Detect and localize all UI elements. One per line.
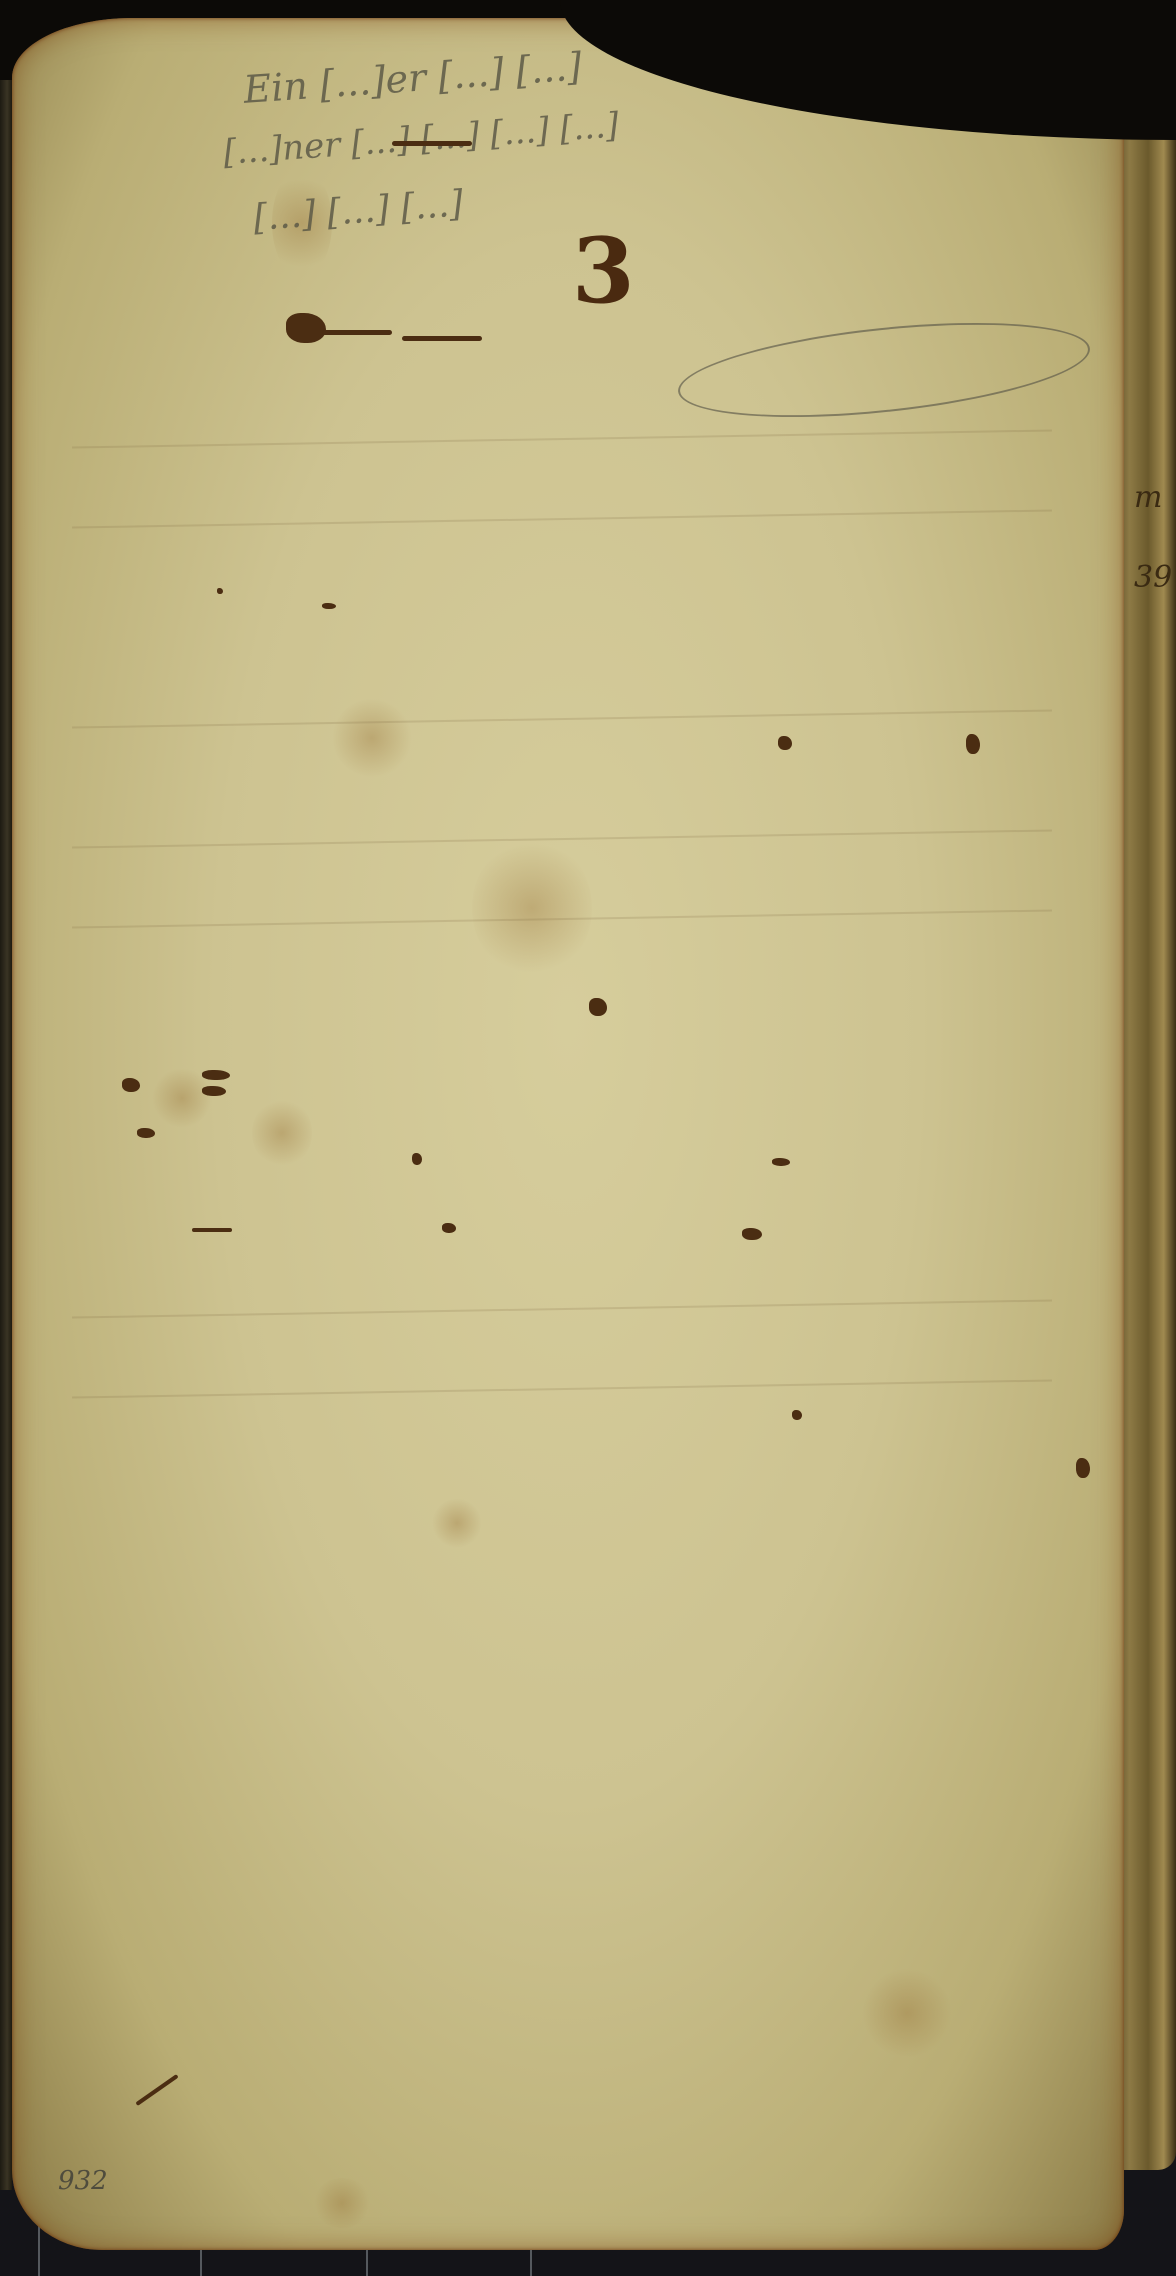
- ink-speck: [202, 1070, 230, 1080]
- pencil-flourish-oval: [674, 307, 1095, 434]
- inscription-line: Ein [...]er [...] [...]: [242, 44, 583, 112]
- folio-number: 932: [58, 2166, 108, 2196]
- bleed-through-line: [72, 509, 1052, 528]
- ink-speck: [137, 1128, 155, 1138]
- ink-speck: [966, 734, 980, 754]
- stain: [312, 2178, 372, 2228]
- ink-blot: [286, 313, 326, 343]
- stain: [332, 698, 412, 778]
- manuscript-page: Ein [...]er [...] [...] [...]ner [...] […: [12, 18, 1124, 2250]
- margin-fragment: 39: [1134, 560, 1172, 595]
- photo-scene: m 39 Ein [...]er [...] [...] [...]ner [.…: [0, 0, 1176, 2276]
- ink-dash: [135, 2074, 178, 2106]
- bleed-through-line: [72, 1379, 1052, 1398]
- inscription-line: [...]ner [...] [...] [...] [...]: [222, 105, 620, 173]
- bleed-through-line: [72, 1299, 1052, 1318]
- stain: [472, 838, 592, 978]
- ink-dash: [322, 330, 392, 335]
- ink-speck: [772, 1158, 790, 1166]
- ink-speck: [442, 1223, 456, 1233]
- bleed-through-line: [72, 429, 1052, 448]
- bleed-through-line: [72, 709, 1052, 728]
- ink-dash: [192, 1228, 232, 1232]
- margin-fragment: m: [1134, 480, 1162, 515]
- ink-speck: [217, 588, 223, 594]
- ink-speck: [202, 1086, 226, 1096]
- ink-speck: [742, 1228, 762, 1240]
- ink-speck: [589, 998, 607, 1016]
- stain: [862, 1968, 952, 2058]
- stain: [432, 1498, 482, 1548]
- ink-speck: [1076, 1458, 1090, 1478]
- bleed-through-line: [72, 829, 1052, 848]
- ink-speck: [122, 1078, 140, 1092]
- left-page-edge: [0, 80, 12, 2190]
- ink-speck: [792, 1410, 802, 1420]
- ink-numeral: 3: [572, 218, 635, 324]
- ink-speck: [778, 736, 792, 750]
- ink-speck: [412, 1153, 422, 1165]
- ink-dash: [392, 141, 472, 146]
- ink-speck: [322, 603, 336, 609]
- stain: [252, 1098, 312, 1168]
- ink-dash: [402, 336, 482, 341]
